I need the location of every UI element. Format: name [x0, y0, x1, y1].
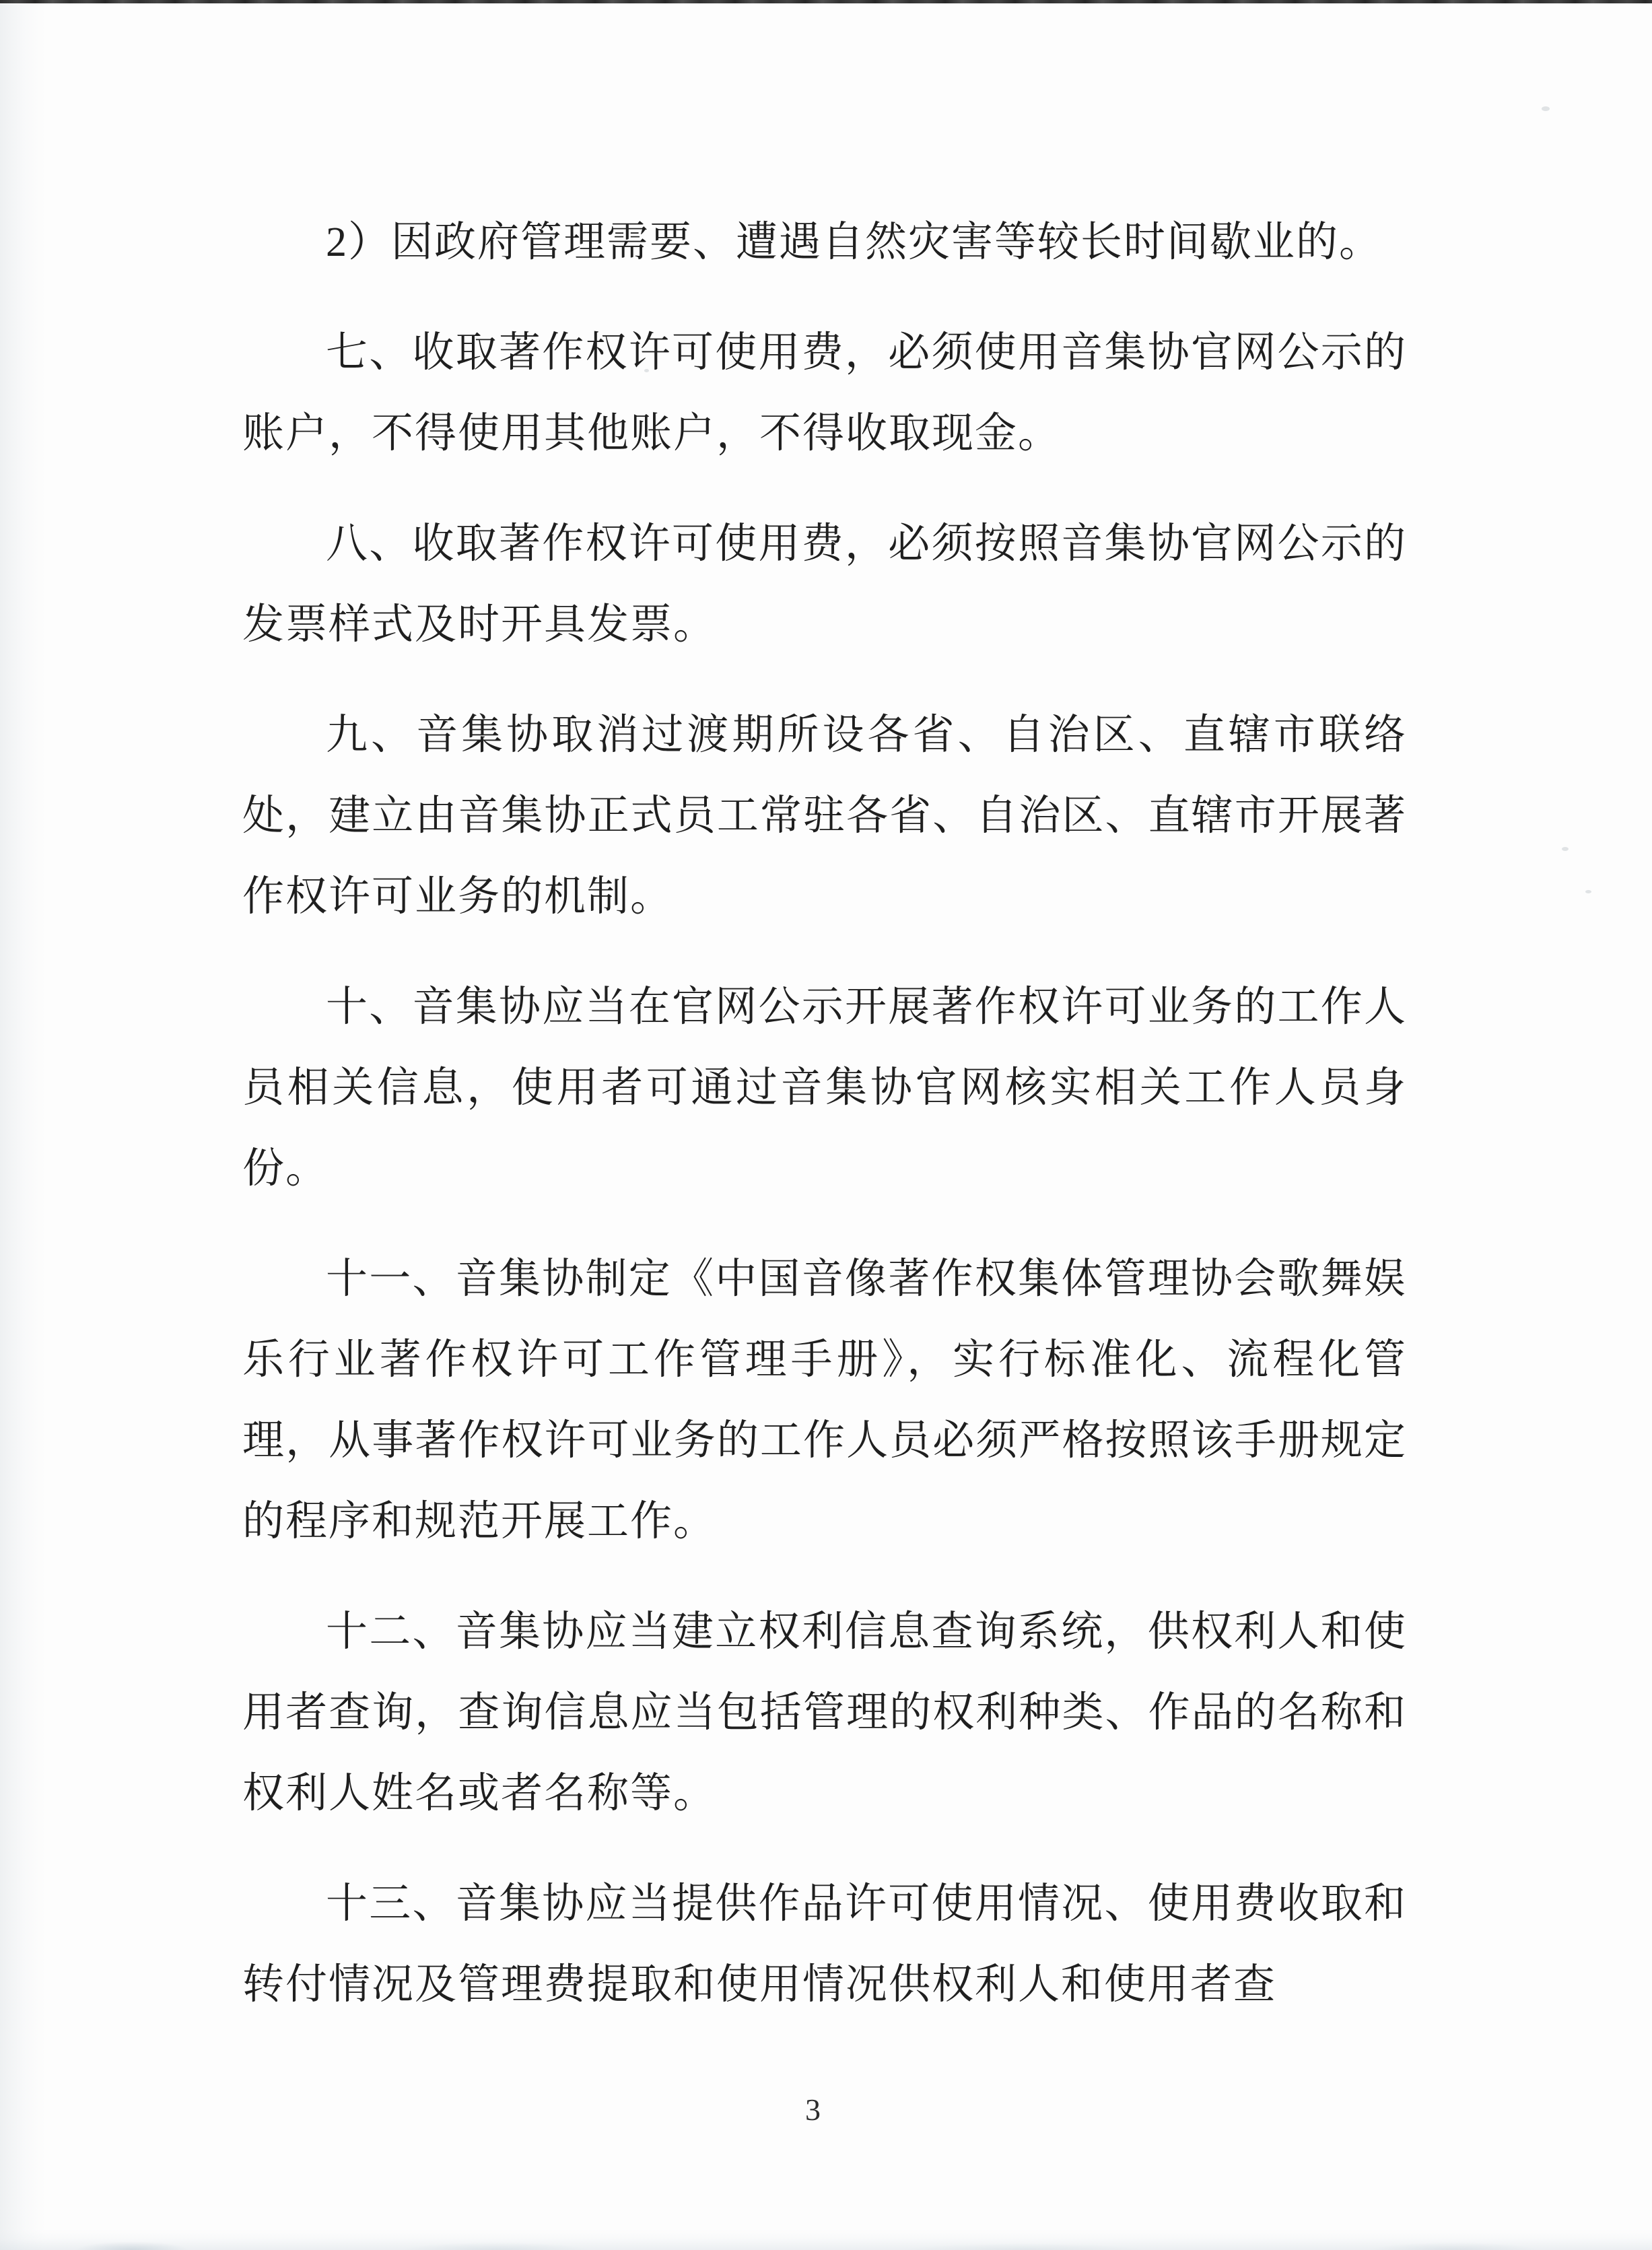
paragraph-article-9: 九、音集协取消过渡期所设各省、自治区、直辖市联络处，建立由音集协正式员工常驻各省…	[242, 695, 1407, 937]
paragraph-article-7: 七、收取著作权许可使用费，必须使用音集协官网公示的账户，不得使用其他账户，不得收…	[242, 312, 1407, 474]
scan-artifact-left-edge	[0, 4, 54, 2250]
scan-artifact-bottom-edge	[0, 2230, 1652, 2250]
paragraph-article-13: 十三、音集协应当提供作品许可使用情况、使用费收取和转付情况及管理费提取和使用情况…	[242, 1864, 1407, 2025]
page-number: 3	[805, 2091, 821, 2129]
scanned-document-page: 2）因政府管理需要、遭遇自然灾害等较长时间歇业的。 七、收取著作权许可使用费，必…	[0, 0, 1652, 2250]
paragraph-article-11: 十一、音集协制定《中国音像著作权集体管理协会歌舞娱乐行业著作权许可工作管理手册》…	[242, 1239, 1407, 1562]
scan-speck	[1585, 890, 1591, 893]
paragraph-item-2-clause: 2）因政府管理需要、遭遇自然灾害等较长时间歇业的。	[242, 202, 1407, 283]
scan-speck	[1542, 106, 1550, 111]
scan-speck	[1562, 847, 1569, 851]
paragraph-article-10: 十、音集协应当在官网公示开展著作权许可业务的工作人员相关信息，使用者可通过音集协…	[242, 967, 1407, 1209]
paragraph-article-8: 八、收取著作权许可使用费，必须按照音集协官网公示的发票样式及时开具发票。	[242, 504, 1407, 665]
document-body: 2）因政府管理需要、遭遇自然灾害等较长时间歇业的。 七、收取著作权许可使用费，必…	[242, 202, 1407, 2055]
scan-artifact-top-edge	[0, 0, 1652, 3]
paragraph-article-12: 十二、音集协应当建立权利信息查询系统，供权利人和使用者查询，查询信息应当包括管理…	[242, 1592, 1407, 1834]
